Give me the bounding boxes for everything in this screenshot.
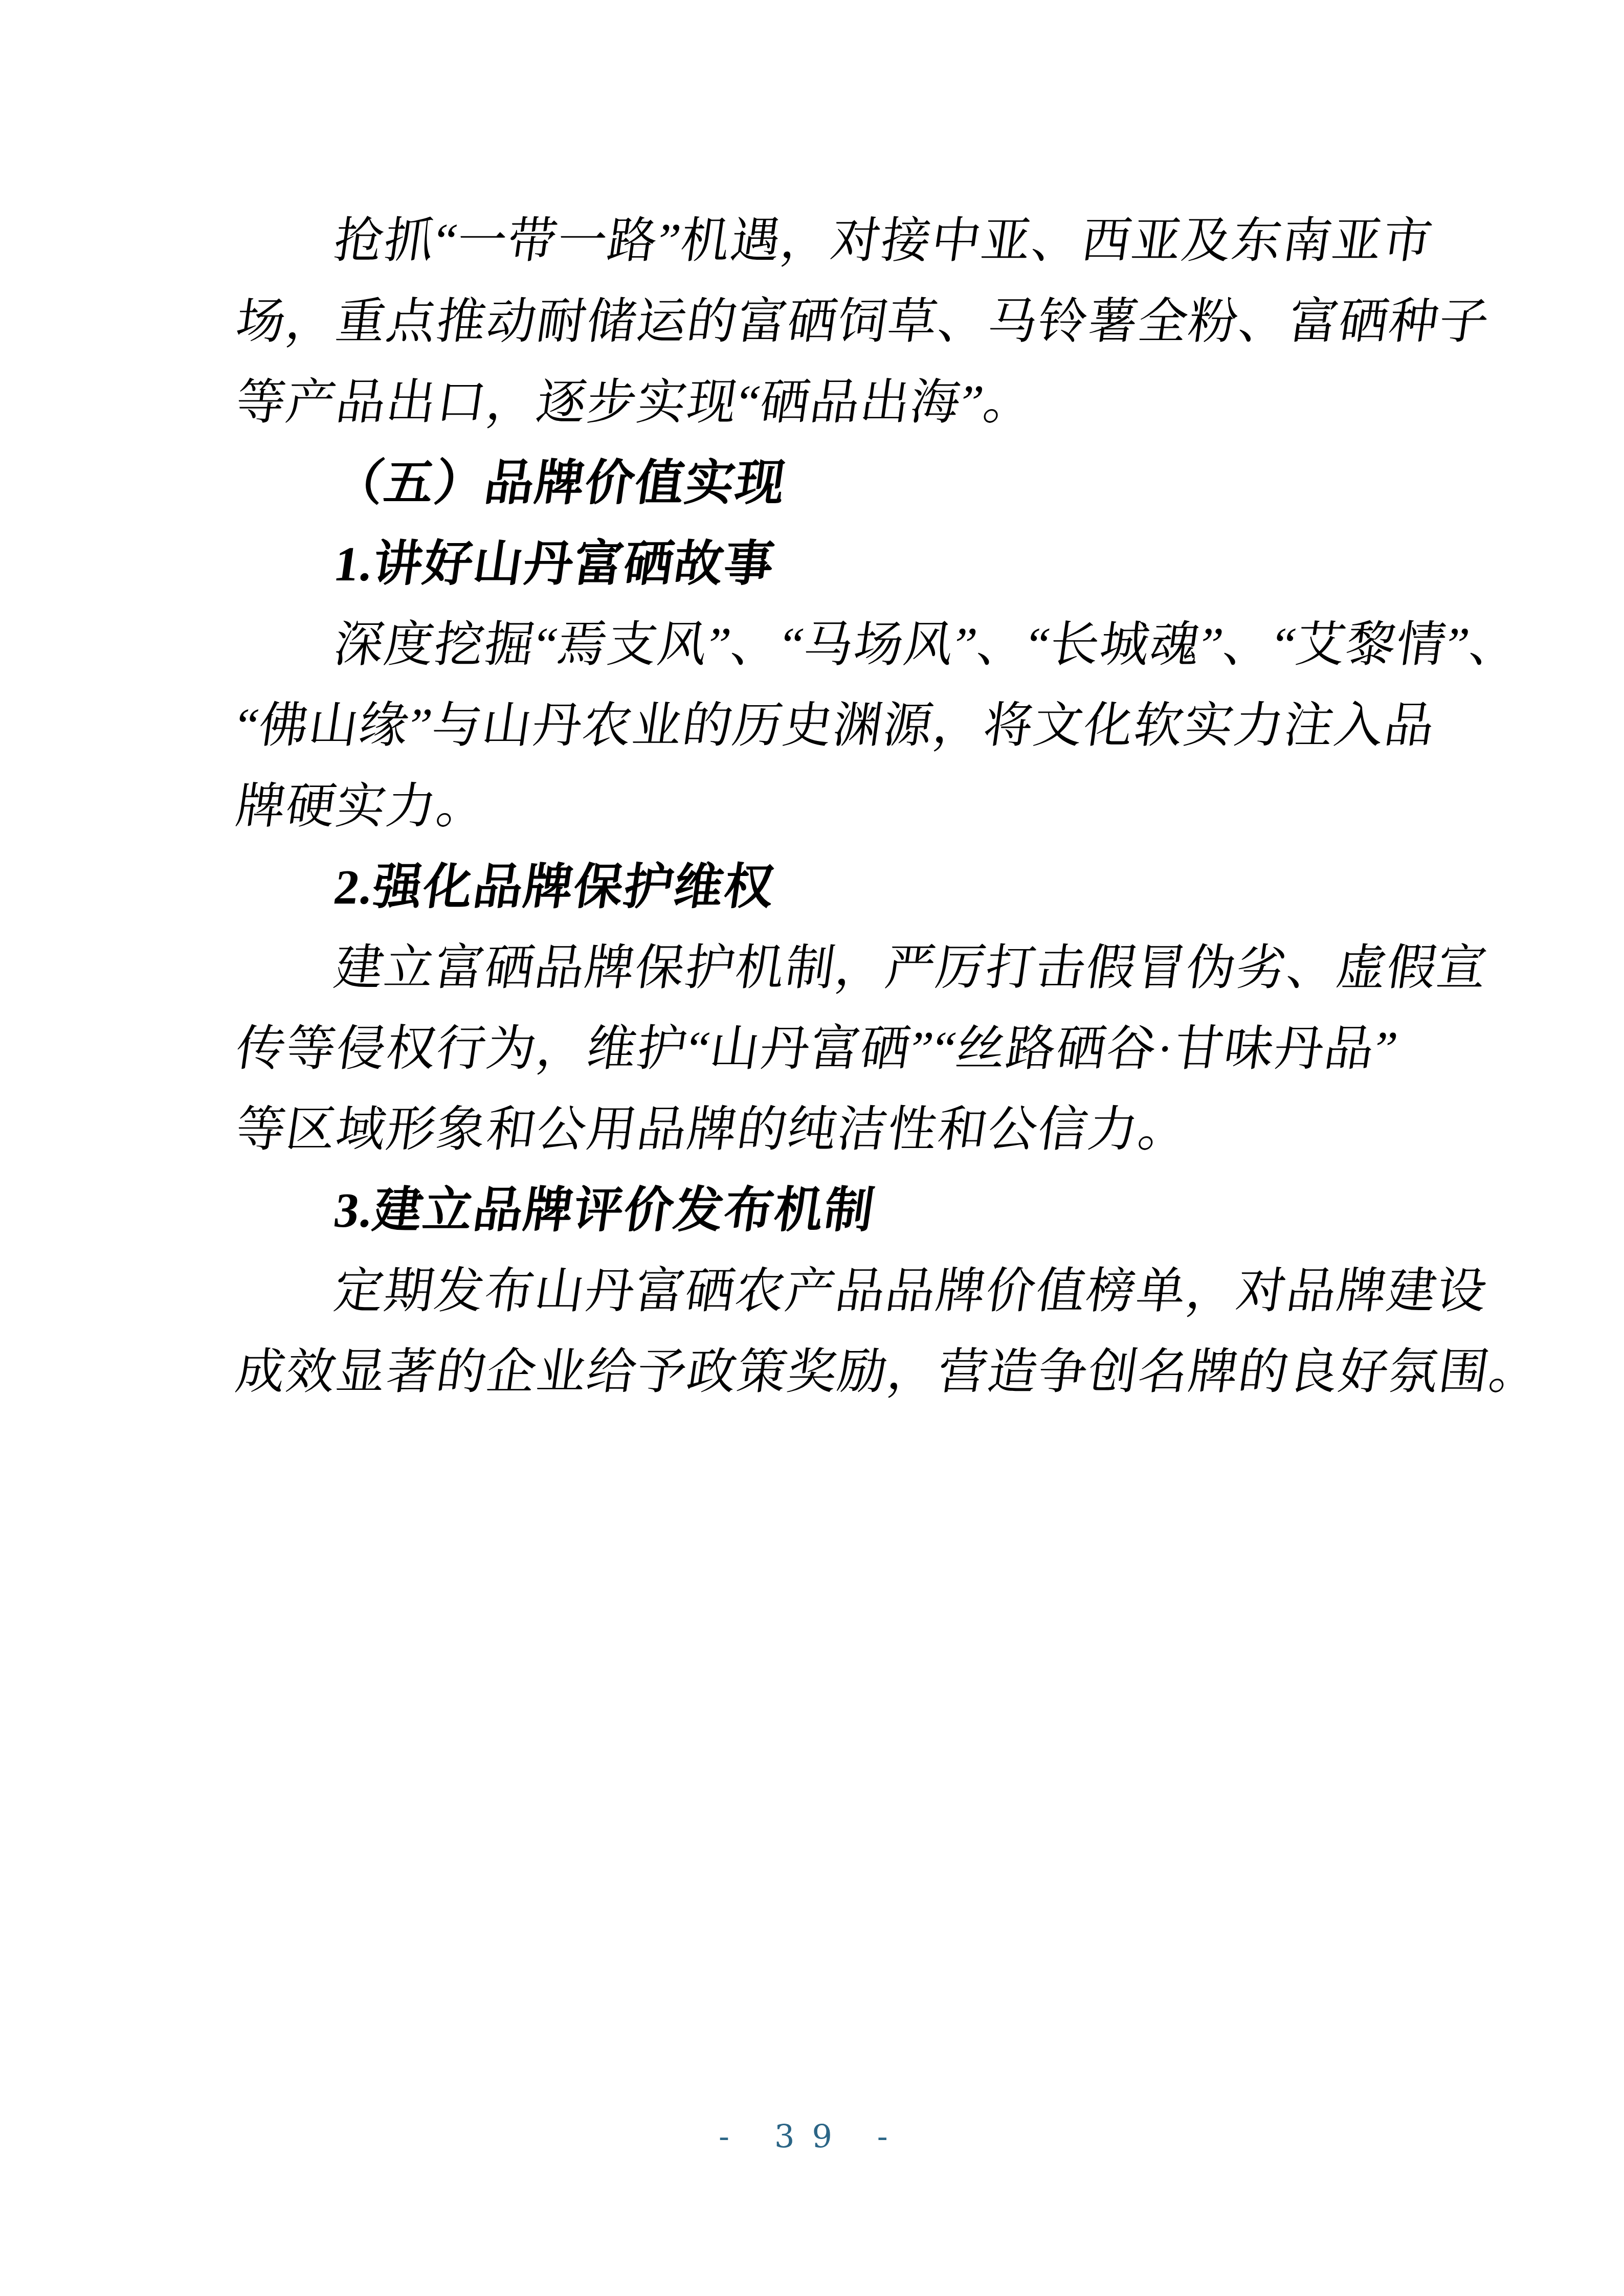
subsection-2-line-3: 等区域形象和公用品牌的纯洁性和公信力。 xyxy=(231,1089,1467,1170)
document-text-block: 抢抓“一带一路”机遇，对接中亚、西亚及东南亚市 场，重点推动耐储运的富硒饲草、马… xyxy=(236,200,1461,1412)
intro-paragraph-line-3: 等产品出口，逐步实现“硒品出海”。 xyxy=(231,362,1467,443)
intro-paragraph-line-1: 抢抓“一带一路”机遇，对接中亚、西亚及东南亚市 xyxy=(231,200,1467,281)
subsection-3-line-1: 定期发布山丹富硒农产品品牌价值榜单，对品牌建设 xyxy=(231,1251,1467,1332)
intro-paragraph-line-2: 场，重点推动耐储运的富硒饲草、马铃薯全粉、富硒种子 xyxy=(231,281,1467,362)
subsection-2-heading: 2.强化品牌保护维权 xyxy=(231,847,1467,928)
subsection-1-heading: 1.讲好山丹富硒故事 xyxy=(231,524,1467,604)
document-page: { "page": { "page_number": "- 39 -", "pa… xyxy=(0,0,1624,2296)
subsection-2-line-2: 传等侵权行为，维护“山丹富硒”“丝路硒谷·甘味丹品” xyxy=(231,1008,1467,1089)
subsection-1-line-2: “佛山缘”与山丹农业的历史渊源，将文化软实力注入品 xyxy=(231,685,1467,766)
subsection-1-line-3: 牌硬实力。 xyxy=(231,766,1467,847)
subsection-3-heading: 3.建立品牌评价发布机制 xyxy=(231,1170,1467,1251)
subsection-3-line-2: 成效显著的企业给予政策奖励，营造争创名牌的良好氛围。 xyxy=(231,1332,1467,1412)
page-number: - 39 - xyxy=(0,2111,1624,2162)
section-5-heading: （五）品牌价值实现 xyxy=(231,443,1467,524)
subsection-2-line-1: 建立富硒品牌保护机制，严厉打击假冒伪劣、虚假宣 xyxy=(231,928,1467,1008)
subsection-1-line-1: 深度挖掘“焉支风”、“马场风”、“长城魂”、“艾黎情”、 xyxy=(231,604,1467,685)
